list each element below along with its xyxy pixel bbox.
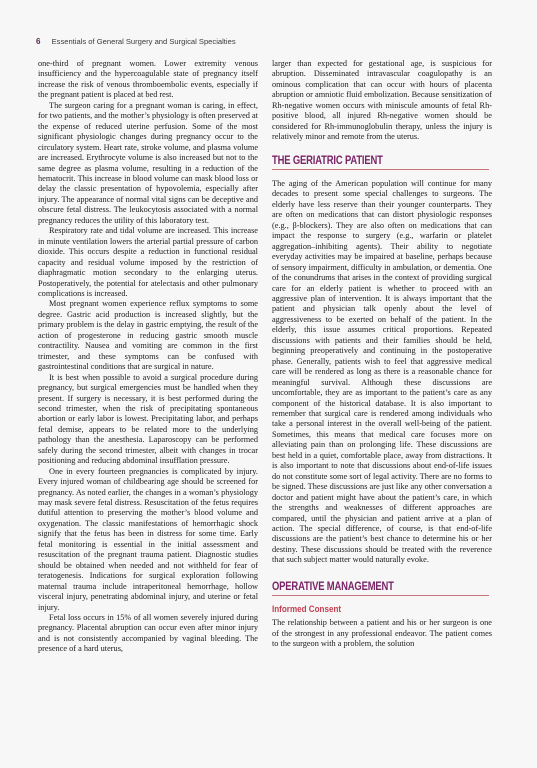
paragraph: larger than expected for gestational age… — [272, 59, 492, 143]
left-column: one-third of pregnant women. Lower extre… — [38, 59, 258, 655]
subsection-heading: Informed Consent — [272, 604, 459, 616]
page-number: 6 — [36, 37, 40, 46]
heading-rule — [272, 169, 489, 170]
subsection-informed-consent: Informed Consent The relationship betwee… — [272, 604, 492, 649]
right-column: larger than expected for gestational age… — [272, 59, 492, 650]
paragraph: The surgeon caring for a pregnant woman … — [38, 101, 258, 226]
paragraph: Fetal loss occurs in 15% of all women se… — [38, 613, 258, 655]
heading-rule — [272, 595, 489, 596]
section-operative-management: OPERATIVE MANAGEMENT Informed Consent Th… — [272, 581, 492, 650]
paragraph: Most pregnant women experience reflux sy… — [38, 299, 258, 372]
paragraph: One in every fourteen pregnancies is com… — [38, 467, 258, 613]
paragraph: It is best when possible to avoid a surg… — [38, 373, 258, 467]
paragraph: one-third of pregnant women. Lower extre… — [38, 59, 258, 101]
paragraph: Respiratory rate and tidal volume are in… — [38, 226, 258, 299]
section-heading: THE GERIATRIC PATIENT — [272, 155, 452, 168]
section-geriatric-patient: THE GERIATRIC PATIENT The aging of the A… — [272, 155, 492, 566]
section-heading: OPERATIVE MANAGEMENT — [272, 581, 452, 594]
paragraph: The aging of the American population wil… — [272, 179, 492, 566]
running-head: 6 Essentials of General Surgery and Surg… — [36, 37, 236, 46]
paragraph: The relationship between a patient and h… — [272, 618, 492, 649]
book-title: Essentials of General Surgery and Surgic… — [52, 37, 236, 46]
